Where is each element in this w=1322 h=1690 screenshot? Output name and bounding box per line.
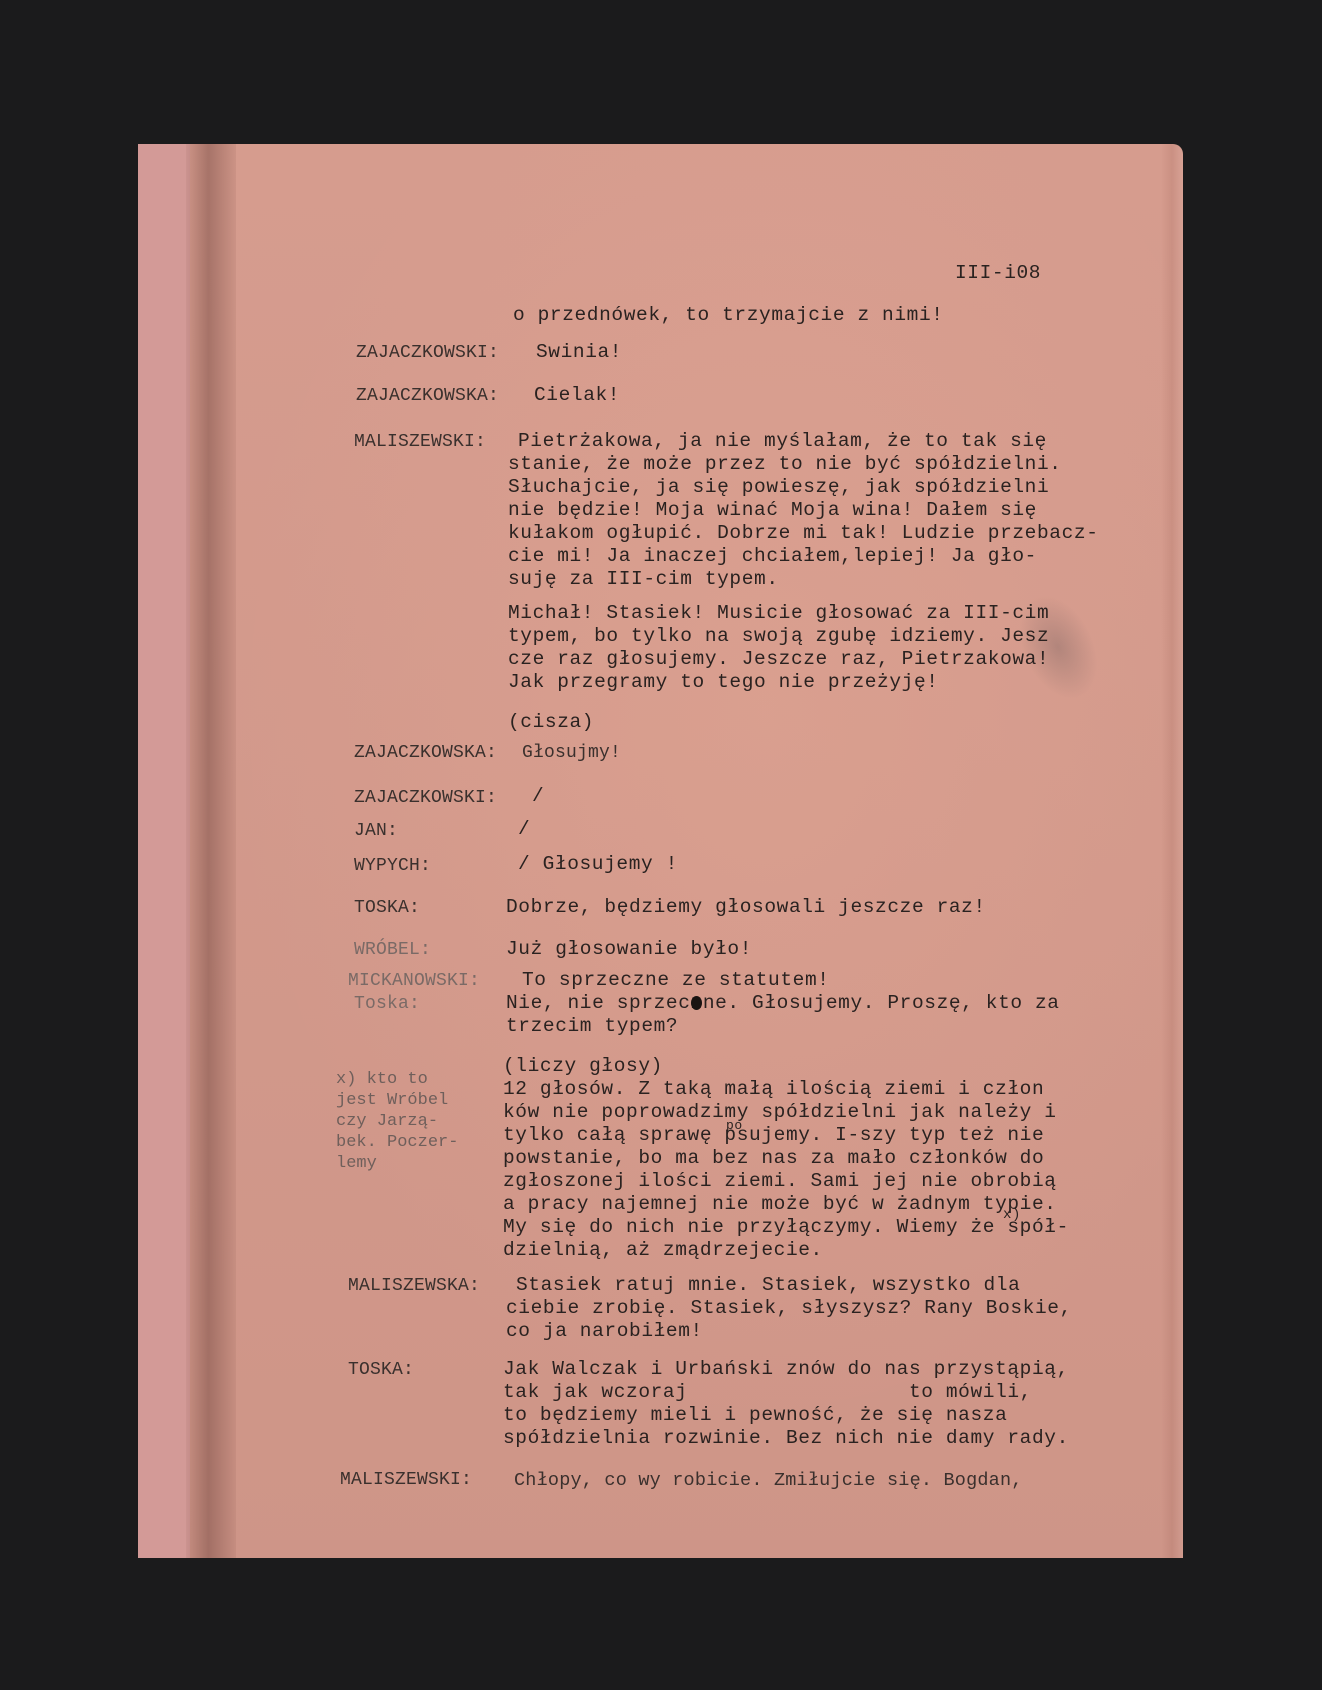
dialogue-line: ciebie zrobię. Stasiek, słyszysz? Rany B… [506, 1297, 1072, 1321]
stage-direction: (cisza) [508, 711, 594, 735]
margin-note-line: lemy [336, 1153, 377, 1175]
margin-note-line: x) kto to [336, 1069, 428, 1091]
dialogue-line: suję za III-cim typem. [508, 568, 779, 592]
dialogue-line: dzielnią, aż zmądrzejecie. [503, 1239, 823, 1263]
page-number: III-i08 [955, 262, 1041, 286]
speaker-label: TOSKA: [348, 1360, 414, 1380]
dialogue-line: / Głosujemy ! [518, 853, 678, 877]
typescript-page [138, 144, 1183, 1558]
dialogue-line: Słuchajcie, ja się powieszę, jak spółdzi… [508, 476, 1049, 500]
speaker-label: ZAJACZKOWSKI: [354, 788, 497, 808]
ink-blot [691, 996, 702, 1010]
stage-direction: (liczy głosy) [503, 1055, 663, 1079]
speaker-label: ZAJACZKOWSKI: [356, 343, 499, 363]
speaker-label: WRÓBEL: [354, 940, 431, 960]
dialogue-line: My się do nich nie przyłączymy. Wiemy że… [503, 1216, 1069, 1240]
dialogue-line: kułakom ogłupić. Dobrze mi tak! Ludzie p… [508, 522, 1099, 546]
speaker-label: MICKANOWSKI: [348, 971, 480, 991]
page-edge [1161, 144, 1183, 1558]
speaker-label: MALISZEWSKI: [354, 432, 486, 452]
speaker-label: MALISZEWSKI: [340, 1470, 472, 1490]
dialogue-line: tak jak wczoraj to mówili, [503, 1381, 1032, 1405]
dialogue-line: Jak przegramy to tego nie przeżyję! [508, 671, 939, 695]
dialogue-line: Cielak! [534, 384, 620, 408]
dialogue-line: / [532, 785, 544, 809]
interlinear-correction: po [726, 1114, 743, 1138]
dialogue-line: tylko całą sprawę psujemy. I-szy typ też… [503, 1124, 1044, 1148]
dialogue-line: Stasiek ratuj mnie. Stasiek, wszystko dl… [516, 1274, 1020, 1298]
speaker-label: ZAJACZKOWSKA: [356, 386, 499, 406]
dialogue-line: Chłopy, co wy robicie. Zmiłujcie się. Bo… [514, 1470, 1023, 1491]
margin-note-line: jest Wróbel [336, 1090, 448, 1112]
speaker-label: Toska: [354, 994, 420, 1014]
dialogue-line: Swinia! [536, 341, 622, 365]
dialogue-line: nie będzie! Moja winać Moja wina! Dałem … [508, 499, 1037, 523]
speaker-label: ZAJACZKOWSKA: [354, 743, 497, 763]
dialogue-line: Już głosowanie było! [506, 938, 752, 962]
dialogue-line: powstanie, bo ma bez nas za mało członkó… [503, 1147, 1044, 1171]
dialogue-line: 12 głosów. Z taką małą ilością ziemi i c… [503, 1078, 1044, 1102]
footnote-marker: x) [1003, 1204, 1021, 1228]
speaker-label: WYPYCH: [354, 856, 431, 876]
dialogue-line: Nie, nie sprzeczne. Głosujemy. Proszę, k… [506, 992, 1060, 1016]
dialogue-line: cze raz głosujemy. Jeszcze raz, Pietrzak… [508, 648, 1049, 672]
speaker-label: TOSKA: [354, 898, 420, 918]
dialogue-line: to będziemy mieli i pewność, że się nasz… [503, 1404, 1007, 1428]
dialogue-line: a pracy najemnej nie może być w żadnym t… [503, 1193, 1057, 1217]
dialogue-line: cie mi! Ja inaczej chciałem,lepiej! Ja g… [508, 545, 1037, 569]
speaker-label: JAN: [354, 821, 398, 841]
binding-strip [138, 144, 190, 1558]
dialogue-line: Michał! Stasiek! Musicie głosować za III… [508, 602, 1049, 626]
continuation-line: o przednówek, to trzymajcie z nimi! [513, 304, 944, 328]
dialogue-line: To sprzeczne ze statutem! [522, 969, 830, 993]
dialogue-line: typem, bo tylko na swoją zgubę idziemy. … [508, 625, 1049, 649]
dialogue-line: Głosujmy! [522, 743, 621, 763]
dialogue-line: / [518, 818, 530, 842]
dialogue-line: Dobrze, będziemy głosowali jeszcze raz! [506, 896, 986, 920]
dialogue-line: ków nie poprowadzimy spółdzielni jak nal… [503, 1101, 1057, 1125]
dialogue-line: Jak Walczak i Urbański znów do nas przys… [503, 1358, 1069, 1382]
dialogue-line: spółdzielnia rozwinie. Bez nich nie damy… [503, 1427, 1069, 1451]
margin-note-line: czy Jarzą- [336, 1111, 438, 1133]
dialogue-line: trzecim typem? [506, 1015, 678, 1039]
speaker-label: MALISZEWSKA: [348, 1276, 480, 1296]
dialogue-line: zgłoszonej ilości ziemi. Sami jej nie ob… [503, 1170, 1057, 1194]
dialogue-line: co ja narobiłem! [506, 1320, 703, 1344]
binding-shadow [186, 144, 236, 1558]
margin-note-line: bek. Poczer- [336, 1132, 458, 1154]
dialogue-line: stanie, że może przez to nie być spółdzi… [508, 453, 1062, 477]
dialogue-line: Pietrżakowa, ja nie myślałam, że to tak … [518, 430, 1047, 454]
